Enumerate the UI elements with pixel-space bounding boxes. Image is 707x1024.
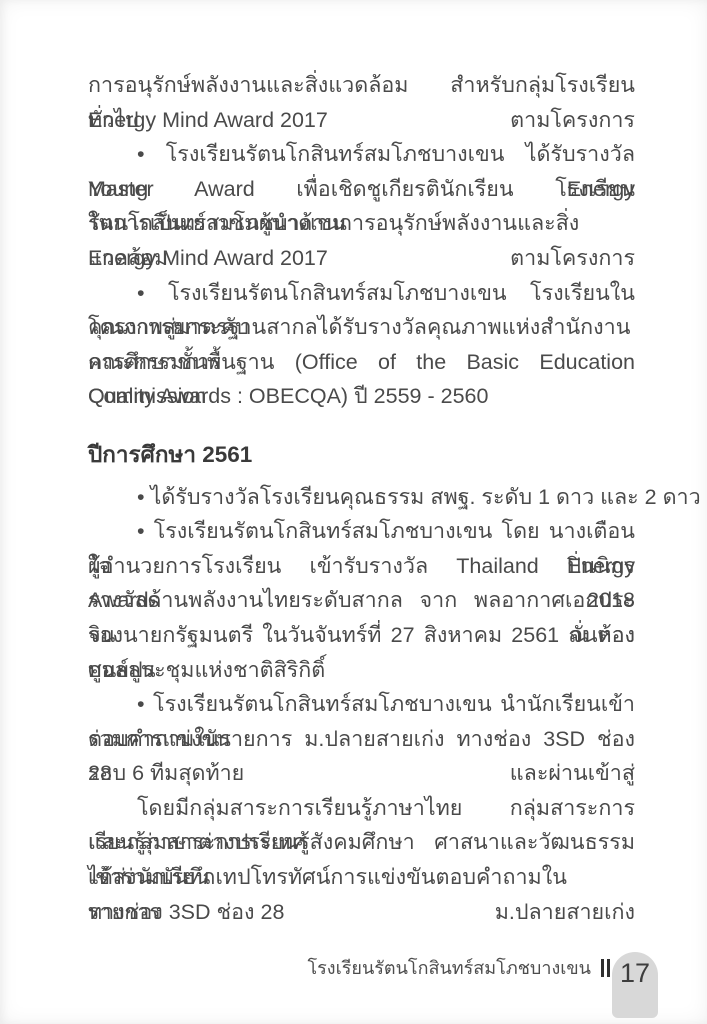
- text-line: ศูนย์ประชุมแห่งชาติสิริกิติ์: [88, 653, 635, 688]
- text-line-bullet: • โรงเรียนรัตนโกสินทร์สมโภชบางเขน โดย นา…: [88, 514, 635, 549]
- text-line: คุณภาพสู่มาตรฐานสากลได้รับรางวัลคุณภาพแห…: [88, 310, 635, 345]
- text-line: และกลุ่มสาระการเรียนรู้สังคมศึกษา ศาสนาแ…: [88, 825, 635, 860]
- text-line: Quality Awards : OBECQA) ปี 2559 - 2560: [88, 379, 635, 414]
- text-line: รองนายกรัฐมนตรี ในวันจันทร์ที่ 27 สิงหาค…: [88, 618, 635, 653]
- text-line-bullet: • โรงเรียนรัตนโกสินทร์สมโภชบางเขน ได้รับ…: [88, 137, 635, 172]
- text-line: การศึกษาขั้นพื้นฐาน (Office of the Basic…: [88, 345, 635, 380]
- page-number: 17: [612, 957, 658, 989]
- text-line: การอนุรักษ์พลังงานและสิ่งแวดล้อม สำหรับก…: [88, 68, 635, 103]
- text-line: Master Award เพื่อเชิดชูเกียรตินักเรียน …: [88, 172, 635, 207]
- text-line-bullet: • ได้รับรางวัลโรงเรียนคุณธรรม สพฐ. ระดับ…: [88, 480, 635, 515]
- double-bar-icon-left: [601, 959, 604, 977]
- text-line: ในการเป็นเยาวชนผู้นำด้านการอนุรักษ์พลังง…: [88, 206, 635, 241]
- page-body: การอนุรักษ์พลังงานและสิ่งแวดล้อม สำหรับก…: [88, 68, 635, 929]
- footer-school-name: โรงเรียนรัตนโกสินทร์สมโภชบางเขน: [307, 955, 591, 981]
- text-line-bullet: • โรงเรียนรัตนโกสินทร์สมโภชบางเขน นำนักเ…: [88, 687, 635, 722]
- text-line: เข้าร่วมบันทึกเทปโทรทัศน์การแข่งขันตอบคำ…: [88, 860, 635, 895]
- text-line: โดยมีกลุ่มสาระการเรียนรู้ภาษาไทย กลุ่มสา…: [88, 791, 635, 826]
- page-footer: โรงเรียนรัตนโกสินทร์สมโภชบางเขน: [307, 955, 610, 981]
- text-line: ตอบคำถามในรายการ ม.ปลายสายเก่ง ทางช่อง 3…: [88, 722, 635, 757]
- page-number-tab: 17: [612, 952, 658, 1018]
- double-bar-icon-right: [607, 959, 610, 977]
- document-page: การอนุรักษ์พลังงานและสิ่งแวดล้อม สำหรับก…: [0, 0, 707, 1024]
- section-heading-academic-year-2561: ปีการศึกษา 2561: [88, 438, 635, 473]
- text-line: ผู้อำนวยการโรงเรียน เข้ารับรางวัล Thaila…: [88, 549, 635, 584]
- text-line: รางวัลด้านพลังงานไทยระดับสากล จาก พลอากา…: [88, 583, 635, 618]
- double-bar-icon: [601, 959, 610, 977]
- text-line-bullet: • โรงเรียนรัตนโกสินทร์สมโภชบางเขน โรงเรี…: [88, 276, 635, 311]
